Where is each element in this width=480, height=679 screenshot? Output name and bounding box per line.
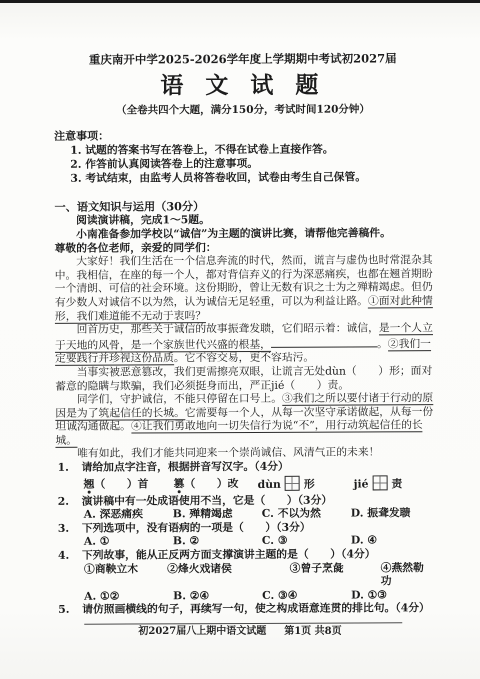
option-a: A. ① bbox=[84, 535, 173, 549]
question-number: 5. bbox=[56, 603, 82, 617]
option-b: B. ② bbox=[173, 534, 262, 548]
section-intro-line-2: 小南准备参加学校以“诚信”为主题的演讲比赛，请帮他完善稿件。 bbox=[55, 226, 433, 241]
pinyin-item-2: 篡（ ）改 bbox=[174, 477, 258, 491]
question-number: 1. bbox=[56, 461, 82, 475]
story-2: ②烽火戏诸侯 bbox=[167, 561, 290, 589]
option-c: C. ③ bbox=[262, 534, 351, 548]
fill-in-blank-underline bbox=[271, 335, 377, 347]
speech-text: 回首历史，那些关于诚信的故事振聋发聩，它们昭示着：诚信， bbox=[77, 322, 379, 336]
pinyin-blank: （ ）改 bbox=[184, 477, 238, 490]
notice-item-3: 3. 考试结束，由监考人员将答卷收回，试卷由考生自己保管。 bbox=[54, 170, 432, 185]
question-4-stories: ①商鞅立木 ②烽火戏诸侯 ③曾子烹彘 ④燕然勒功 bbox=[56, 561, 434, 590]
pinyin-label: jié bbox=[354, 477, 369, 490]
footer-page-number: 第1页 共8页 bbox=[284, 626, 341, 637]
exam-paper-page: 重庆南开中学2025-2026学年度上学期期中考试初2027届 语 文 试 题 … bbox=[0, 0, 480, 679]
scan-edge-strip bbox=[0, 0, 480, 3]
exam-subtitle: （全卷共四个大题，满分150分，考试时间120分钟） bbox=[54, 102, 432, 119]
question-number: 2. bbox=[56, 494, 82, 508]
speech-paragraph-2: 回首历史，那些关于诚信的故事振聋发聩，它们昭示着：诚信，是一个人立于天地的风骨，… bbox=[55, 321, 433, 365]
question-text: 请仿照画横线的句子，再续写一句，使之构成语意连贯的排比句。（4分） bbox=[82, 602, 434, 617]
question-5: 5. 请仿照画横线的句子，再续写一句，使之构成语意连贯的排比句。（4分） bbox=[56, 602, 434, 617]
option-b: B. 殚精竭虑 bbox=[173, 507, 262, 521]
footer-doc-title: 初2027届八上期中语文试题 bbox=[138, 626, 266, 637]
pinyin-blank: （ ）首 bbox=[94, 477, 148, 490]
notice-block: 注意事项： 1. 试题的答案书写在答卷上，不得在试卷上直接作答。 2. 作答前认… bbox=[54, 128, 432, 185]
option-c: C. ③④ bbox=[262, 588, 351, 602]
speech-text: 唯有如此，我们才能共同迎来一个崇尚诚信、风清气正的未来！ bbox=[77, 446, 379, 460]
hanzi-item-2: jié责 bbox=[354, 475, 403, 491]
option-d: D. ①③ bbox=[351, 588, 440, 602]
dotted-character: 篡 bbox=[174, 477, 185, 491]
pinyin-label: dùn bbox=[258, 478, 281, 491]
pinyin-item-1: 翘（ ）首 bbox=[84, 477, 174, 491]
character-grid-box-icon bbox=[285, 476, 300, 491]
story-3: ③曾子烹彘 bbox=[290, 561, 381, 589]
page-footer: 初2027届八上期中语文试题第1页 共8页 bbox=[0, 622, 480, 637]
speech-paragraph-4: 同学们，守护诚信，不能只停留在口号上。③我们之所以要付诸于行动的原因是为了筑起信… bbox=[55, 391, 433, 447]
hanzi-suffix: 责 bbox=[391, 477, 402, 490]
hanzi-item-1: dùn形 bbox=[258, 475, 354, 491]
story-1: ①商鞅立木 bbox=[84, 562, 167, 590]
speech-paragraph-1: 大家好！我们生活在一个信息奔流的时代，然而，谎言与虚伪也时常混杂其中。我相信，在… bbox=[55, 253, 433, 323]
option-d: D. 振聋发聩 bbox=[351, 506, 440, 520]
question-1: 1. 请给加点字注音，根据拼音写汉字。（4分） bbox=[56, 459, 434, 474]
page-title: 语 文 试 题 bbox=[54, 72, 432, 100]
speech-text: 当事实被恶意篡改，我们更需擦亮双眼，让谎言无处dùn（ ）形；面对蓄意的隐瞒与欺… bbox=[55, 364, 432, 392]
page-content: 重庆南开中学2025-2026学年度上学期期中考试初2027届 语 文 试 题 … bbox=[54, 51, 434, 625]
option-a: A. ①② bbox=[84, 589, 173, 603]
question-number: 4. bbox=[56, 549, 82, 563]
exam-header-line: 重庆南开中学2025-2026学年度上学期期中考试初2027届 bbox=[54, 51, 432, 67]
speech-paragraph-3: 当事实被恶意篡改，我们更需擦亮双眼，让谎言无处dùn（ ）形；面对蓄意的隐瞒与欺… bbox=[55, 364, 433, 393]
option-c: C. 不以为然 bbox=[262, 507, 351, 521]
speech-text: 。 bbox=[377, 337, 388, 350]
question-1-items: 翘（ ）首 篡（ ）改 dùn形 jié责 bbox=[56, 473, 434, 495]
option-a: A. 深恶痛疾 bbox=[84, 508, 173, 522]
dotted-character: 翘 bbox=[84, 478, 95, 492]
option-d: D. ④ bbox=[351, 534, 440, 548]
character-grid-box-icon bbox=[372, 475, 387, 490]
story-4: ④燕然勒功 bbox=[381, 561, 434, 588]
option-b: B. ②④ bbox=[173, 589, 262, 603]
speech-text: 同学们，守护诚信，不能只停留在口号上。 bbox=[77, 392, 282, 406]
question-number: 3. bbox=[56, 522, 82, 536]
hanzi-suffix: 形 bbox=[304, 478, 315, 491]
question-text: 请给加点字注音，根据拼音写汉字。（4分） bbox=[82, 459, 434, 474]
speech-text: 。它不容交易，更不容玷污。 bbox=[174, 351, 314, 365]
